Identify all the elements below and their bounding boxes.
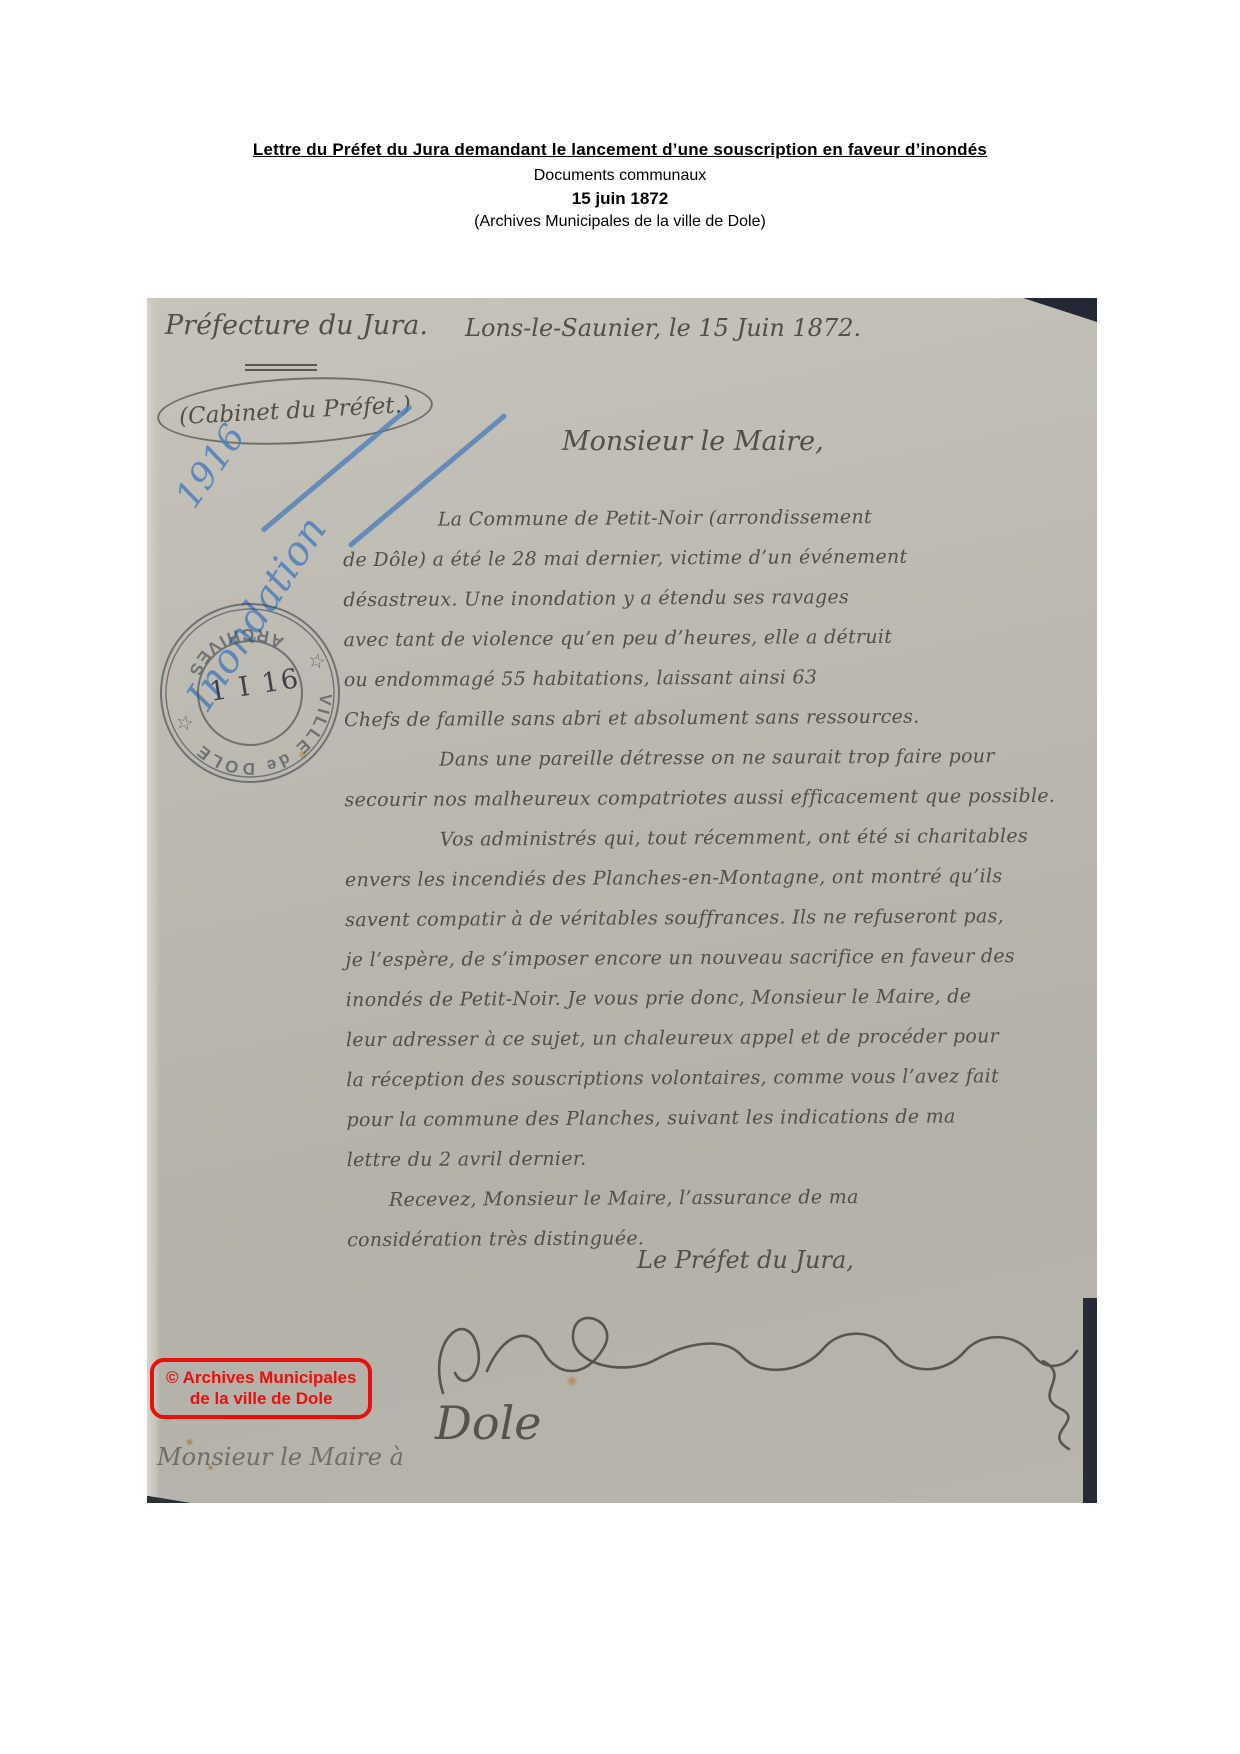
body-line: savent compatir à de véritables souffran… — [345, 896, 1056, 940]
body-line: secourir nos malheureux compatriotes aus… — [344, 776, 1055, 820]
body-line: je l’espère, de s’imposer encore un nouv… — [345, 936, 1056, 980]
body-line: inondés de Petit-Noir. Je vous prie donc… — [346, 976, 1057, 1020]
body-line: La Commune de Petit-Noir (arrondissement — [343, 496, 1054, 540]
body-line: Recevez, Monsieur le Maire, l’assurance … — [347, 1176, 1058, 1220]
salutation: Monsieur le Maire, — [562, 426, 824, 457]
cabinet-ellipse: (Cabinet du Préfet.) — [155, 371, 434, 451]
body-line: ou endommagé 55 habitations, laissant ai… — [344, 656, 1055, 700]
signature-title: Le Préfet du Jura, — [637, 1246, 854, 1274]
place-date-line: Lons-le-Saunier, le 15 Juin 1872. — [465, 314, 861, 342]
page-date: 15 juin 1872 — [0, 189, 1240, 209]
body-line: lettre du 2 avril dernier. — [347, 1136, 1058, 1180]
copyright-line: © Archives Municipales — [166, 1367, 356, 1388]
addressee-city: Dole — [435, 1396, 542, 1450]
addressee-line: Monsieur le Maire à — [157, 1443, 404, 1471]
body-line: Dans une pareille détresse on ne saurait… — [344, 736, 1055, 780]
body-line: leur adresser à ce sujet, un chaleureux … — [346, 1016, 1057, 1060]
star-icon: ☆ — [304, 647, 330, 675]
page-title: Lettre du Préfet du Jura demandant le la… — [0, 140, 1240, 160]
body-line: Chefs de famille sans abri et absolument… — [344, 696, 1055, 740]
copyright-line: de la ville de Dole — [166, 1388, 356, 1409]
body-line: envers les incendiés des Planches-en-Mon… — [345, 856, 1056, 900]
body-line: pour la commune des Planches, suivant le… — [346, 1096, 1057, 1140]
letterhead: Préfecture du Jura. — [165, 310, 428, 341]
photo-background-corner — [1007, 298, 1097, 322]
letter-body: La Commune de Petit-Noir (arrondissement… — [343, 496, 1058, 1260]
body-line: la réception des souscriptions volontair… — [346, 1056, 1057, 1100]
body-line: Vos administrés qui, tout récemment, ont… — [345, 816, 1056, 860]
copyright-label: © Archives Municipales de la ville de Do… — [150, 1358, 372, 1419]
body-line: de Dôle) a été le 28 mai dernier, victim… — [343, 536, 1054, 580]
paper-edge — [147, 298, 160, 1503]
document-header: Lettre du Préfet du Jura demandant le la… — [0, 140, 1240, 231]
page-subtitle: Documents communaux — [0, 167, 1240, 185]
page-source: (Archives Municipales de la ville de Dol… — [0, 213, 1240, 231]
body-line: désastreux. Une inondation y a étendu se… — [343, 576, 1054, 620]
letterhead-underline — [245, 364, 317, 374]
letter-scan: Préfecture du Jura. Lons-le-Saunier, le … — [147, 298, 1097, 1503]
cabinet-label: (Cabinet du Préfet.) — [179, 392, 412, 430]
body-line: avec tant de violence qu’en peu d’heures… — [343, 616, 1054, 660]
